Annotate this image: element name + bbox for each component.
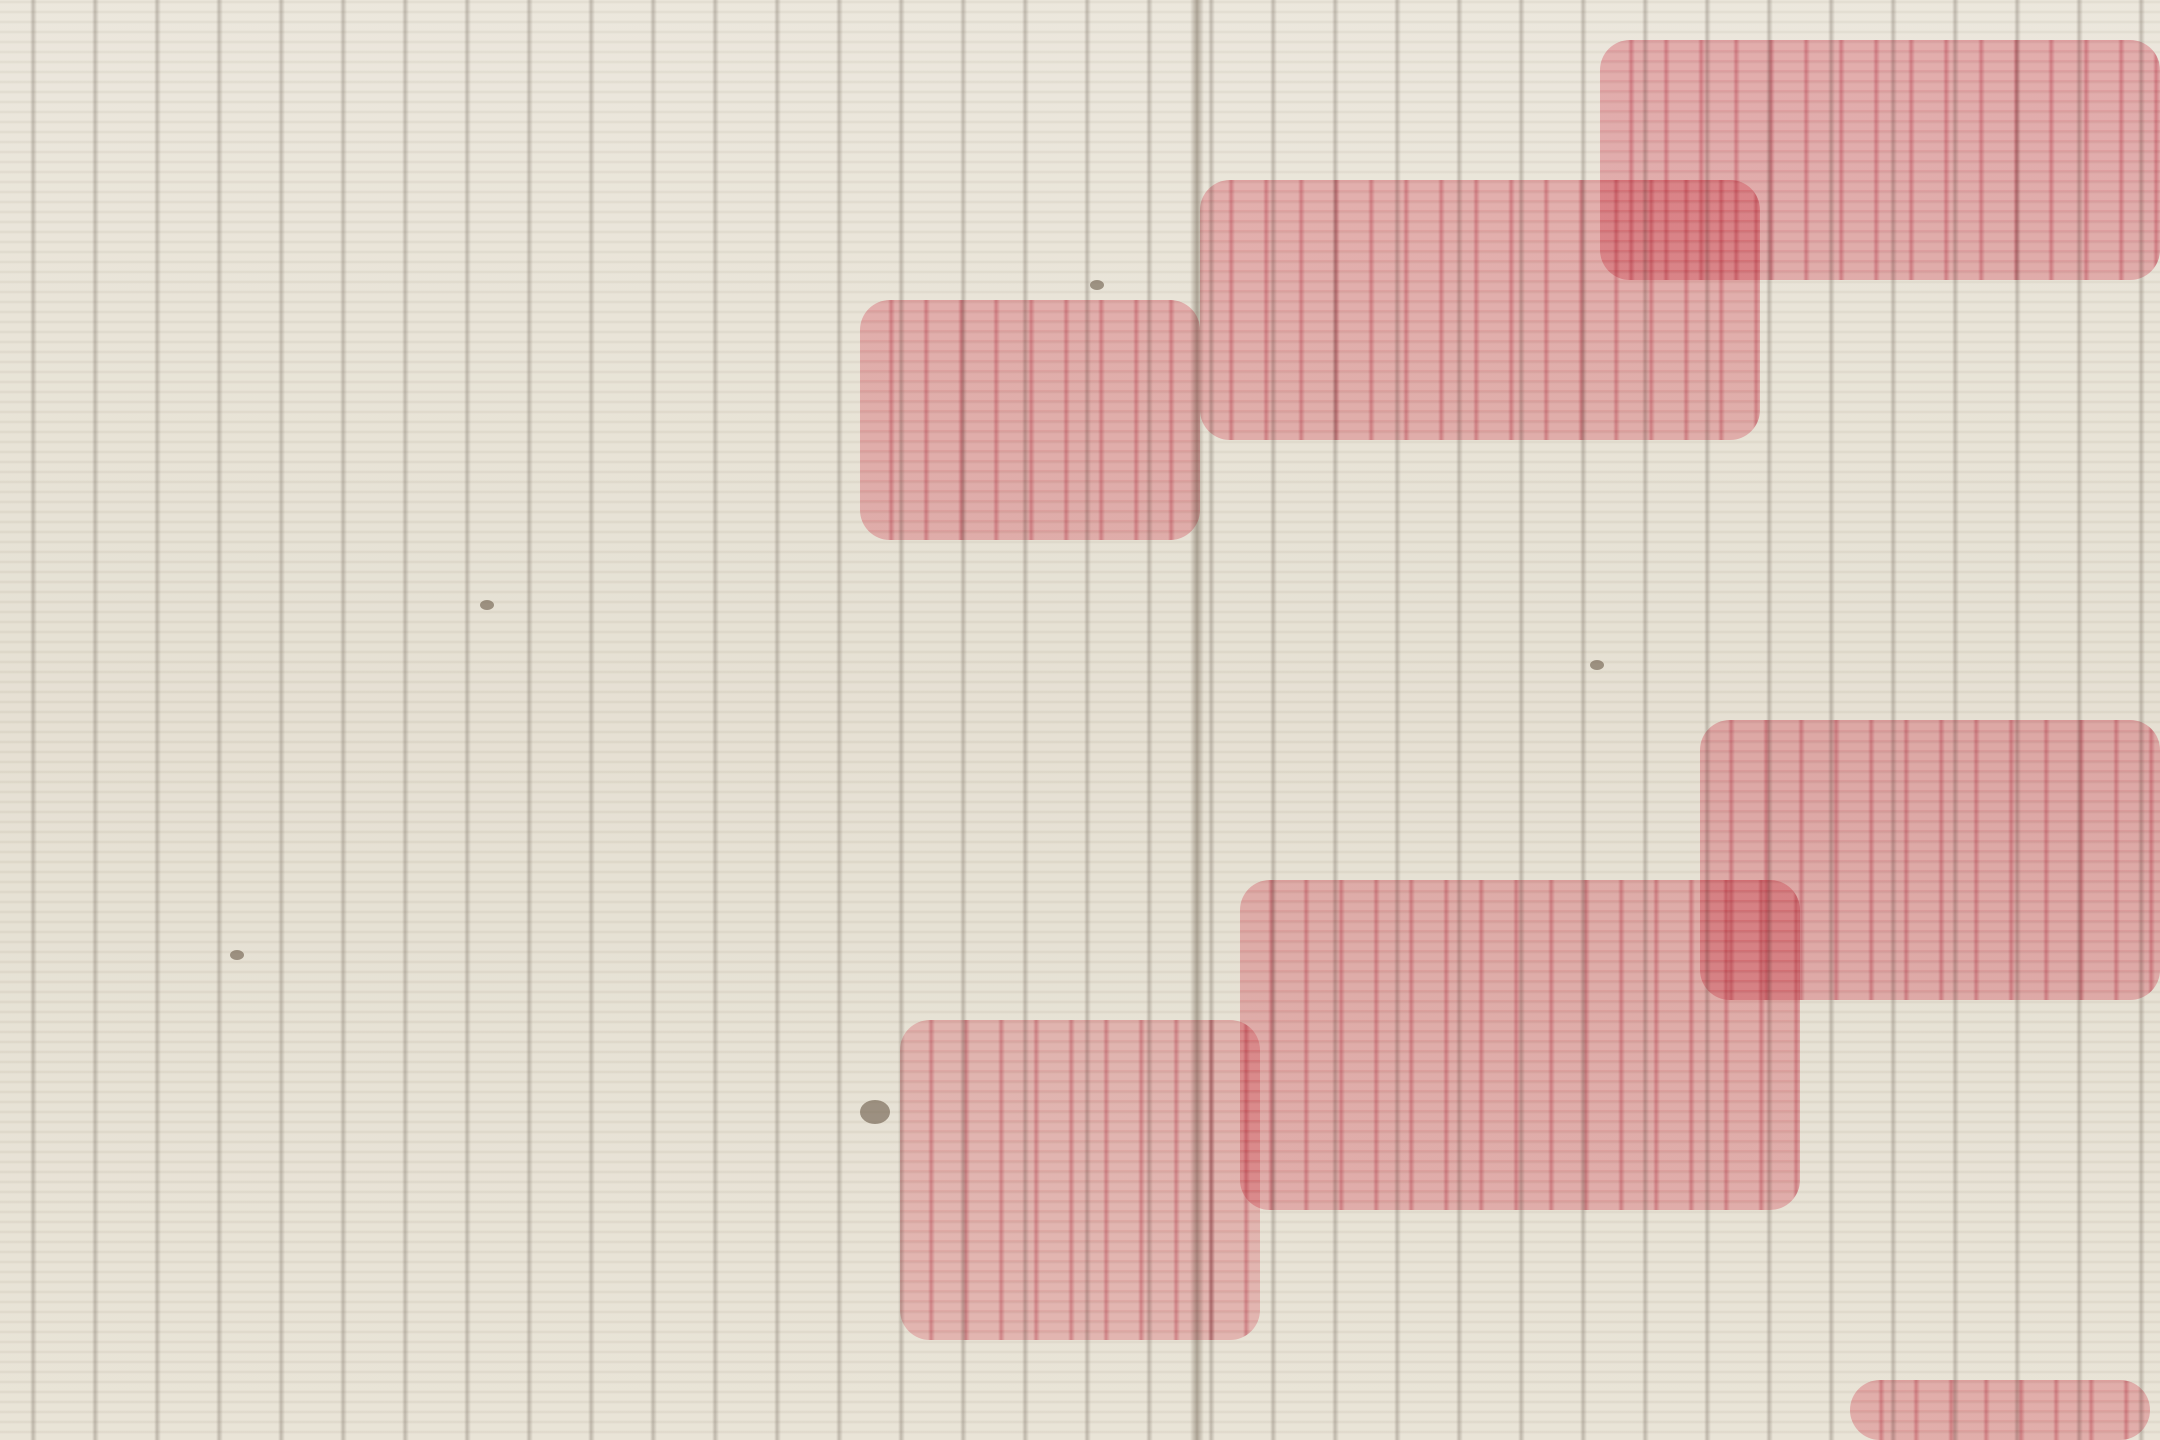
pink-motif xyxy=(900,1020,1260,1340)
dark-fiber-speck xyxy=(230,950,244,960)
pink-motif xyxy=(1700,720,2160,1000)
dark-fiber-speck xyxy=(1090,280,1104,290)
pink-motif xyxy=(1850,1380,2150,1440)
dark-fiber-speck xyxy=(480,600,494,610)
pink-motif xyxy=(1600,40,2160,280)
dark-fiber-speck xyxy=(860,1100,890,1124)
rug-photo xyxy=(0,0,2160,1440)
dark-fiber-speck xyxy=(1590,660,1604,670)
pink-motif xyxy=(860,300,1200,540)
